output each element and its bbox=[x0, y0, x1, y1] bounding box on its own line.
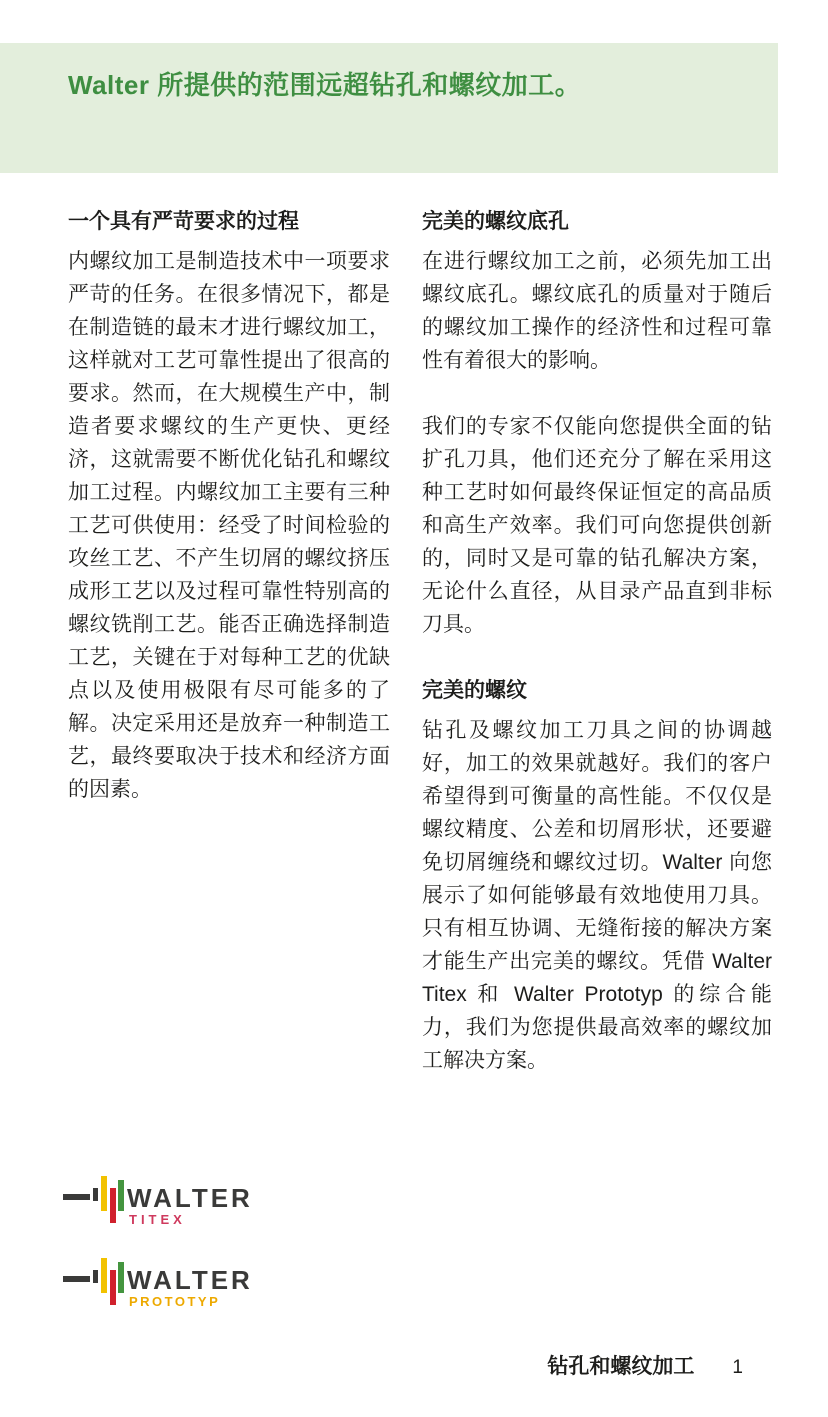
section-paragraph: 在进行螺纹加工之前，必须先加工出螺纹底孔。螺纹底孔的质量对于随后的螺纹加工操作的… bbox=[422, 245, 772, 377]
walter-logo-mark-icon bbox=[63, 1176, 125, 1226]
section-paragraph: 钻孔及螺纹加工刀具之间的协调越好，加工的效果就越好。我们的客户希望得到可衡量的高… bbox=[422, 714, 772, 1077]
walter-wordmark: WALTER bbox=[127, 1267, 253, 1293]
page-footer: 钻孔和螺纹加工 1 bbox=[547, 1350, 743, 1380]
footer-chapter-label: 钻孔和螺纹加工 bbox=[547, 1350, 694, 1380]
logo-yellow-bar bbox=[101, 1176, 107, 1211]
logo-tick-bar bbox=[93, 1270, 98, 1283]
catalog-page: Walter 所提供的范围远超钻孔和螺纹加工。 一个具有严苛要求的过程 内螺纹加… bbox=[0, 0, 828, 1417]
left-column: 一个具有严苛要求的过程 内螺纹加工是制造技术中一项要求严苛的任务。在很多情况下，… bbox=[68, 208, 390, 1077]
walter-titex-logo: WALTER TITEX bbox=[63, 1176, 333, 1234]
logo-red-bar bbox=[110, 1188, 116, 1223]
walter-wordmark: WALTER bbox=[127, 1185, 253, 1211]
header-band: Walter 所提供的范围远超钻孔和螺纹加工。 bbox=[0, 43, 778, 173]
left-column-heading: 一个具有严苛要求的过程 bbox=[68, 208, 390, 236]
logo-dash-bar bbox=[63, 1276, 90, 1282]
body-content: 一个具有严苛要求的过程 内螺纹加工是制造技术中一项要求严苛的任务。在很多情况下，… bbox=[68, 208, 772, 1077]
prototyp-wordmark: PROTOTYP bbox=[129, 1295, 220, 1308]
titex-wordmark: TITEX bbox=[129, 1213, 186, 1226]
walter-logo-mark-icon bbox=[63, 1258, 125, 1308]
right-column: 完美的螺纹底孔 在进行螺纹加工之前，必须先加工出螺纹底孔。螺纹底孔的质量对于随后… bbox=[422, 208, 772, 1077]
logo-red-bar bbox=[110, 1270, 116, 1305]
logo-dash-bar bbox=[63, 1194, 90, 1200]
logo-tick-bar bbox=[93, 1188, 98, 1201]
logo-yellow-bar bbox=[101, 1258, 107, 1293]
logo-green-bar bbox=[118, 1180, 124, 1211]
page-number: 1 bbox=[732, 1357, 743, 1379]
logo-green-bar bbox=[118, 1262, 124, 1293]
walter-prototyp-logo: WALTER PROTOTYP bbox=[63, 1258, 333, 1316]
section-paragraph: 我们的专家不仅能向您提供全面的钻扩孔刀具，他们还充分了解在采用这种工艺时如何最终… bbox=[422, 410, 772, 641]
left-column-paragraph: 内螺纹加工是制造技术中一项要求严苛的任务。在很多情况下，都是在制造链的最末才进行… bbox=[68, 245, 390, 806]
page-title: Walter 所提供的范围远超钻孔和螺纹加工。 bbox=[68, 70, 778, 100]
section-heading-perfect-thread: 完美的螺纹 bbox=[422, 677, 772, 705]
section-heading-thread-pilot-hole: 完美的螺纹底孔 bbox=[422, 208, 772, 236]
